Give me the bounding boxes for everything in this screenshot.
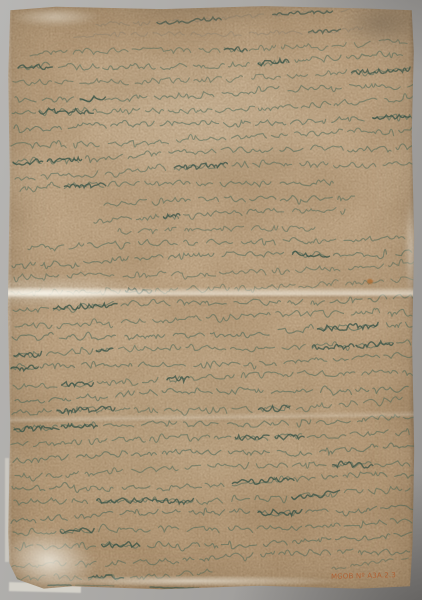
letter-page: MGOB Nº A3A.2.3	[7, 5, 415, 591]
handwriting-layer	[7, 5, 415, 591]
inventory-mark: MGOB Nº A3A.2.3	[331, 571, 396, 581]
backing-sheet-edge-left	[5, 458, 9, 562]
photo-backdrop: MGOB Nº A3A.2.3	[0, 0, 422, 600]
